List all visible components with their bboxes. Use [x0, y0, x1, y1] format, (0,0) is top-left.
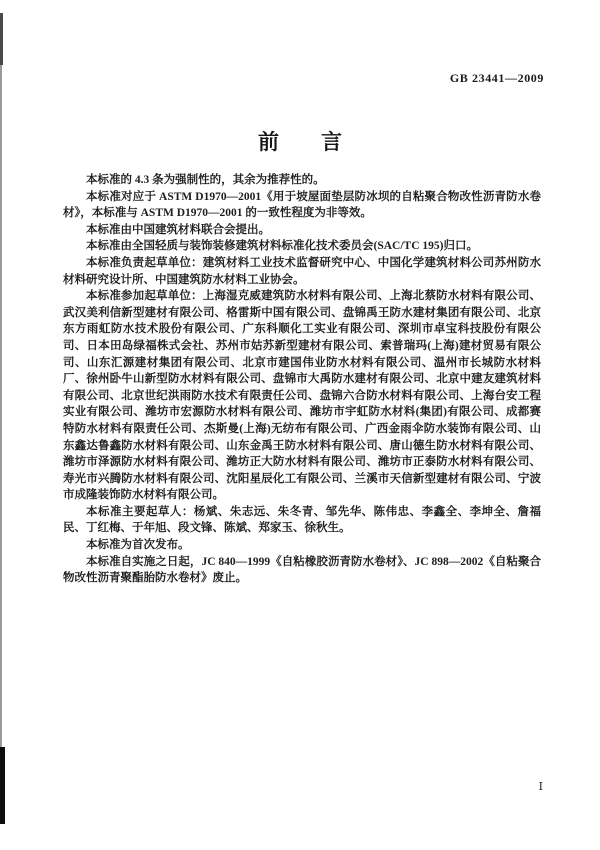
foreword-body: 本标准的 4.3 条为强制性的，其余为推荐性的。本标准对应于 ASTM D197… — [63, 172, 541, 587]
foreword-paragraph: 本标准由中国建筑材料联合会提出。 — [63, 222, 541, 239]
scan-edge-line — [0, 65, 2, 747]
foreword-paragraph: 本标准的 4.3 条为强制性的，其余为推荐性的。 — [63, 172, 541, 189]
foreword-paragraph: 本标准主要起草人：杨斌、朱志远、朱冬青、邹先华、陈伟忠、李鑫全、李坤全、詹福民、… — [63, 504, 541, 537]
scan-edge-bar — [0, 747, 5, 824]
foreword-paragraph: 本标准参加起草单位：上海湿克威建筑防水材料有限公司、上海北蔡防水材料有限公司、武… — [63, 288, 541, 504]
page-title: 前 言 — [0, 126, 600, 156]
page-number: Ⅰ — [538, 779, 543, 793]
scan-edge-line-top — [0, 13, 3, 65]
foreword-paragraph: 本标准自实施之日起，JC 840—1999《自粘橡胶沥青防水卷材》、JC 898… — [63, 554, 541, 587]
foreword-paragraph: 本标准由全国轻质与装饰装修建筑材料标准化技术委员会(SAC/TC 195)归口。 — [63, 238, 541, 255]
foreword-paragraph: 本标准负责起草单位：建筑材料工业技术监督研究中心、中国化学建筑材料公司苏州防水材… — [63, 255, 541, 288]
standard-code: GB 23441—2009 — [450, 71, 544, 86]
foreword-paragraph: 本标准对应于 ASTM D1970—2001《用于坡屋面垫层防冰坝的自粘聚合物改… — [63, 189, 541, 222]
foreword-paragraph: 本标准为首次发布。 — [63, 537, 541, 554]
document-page: GB 23441—2009 前 言 本标准的 4.3 条为强制性的，其余为推荐性… — [0, 0, 600, 850]
